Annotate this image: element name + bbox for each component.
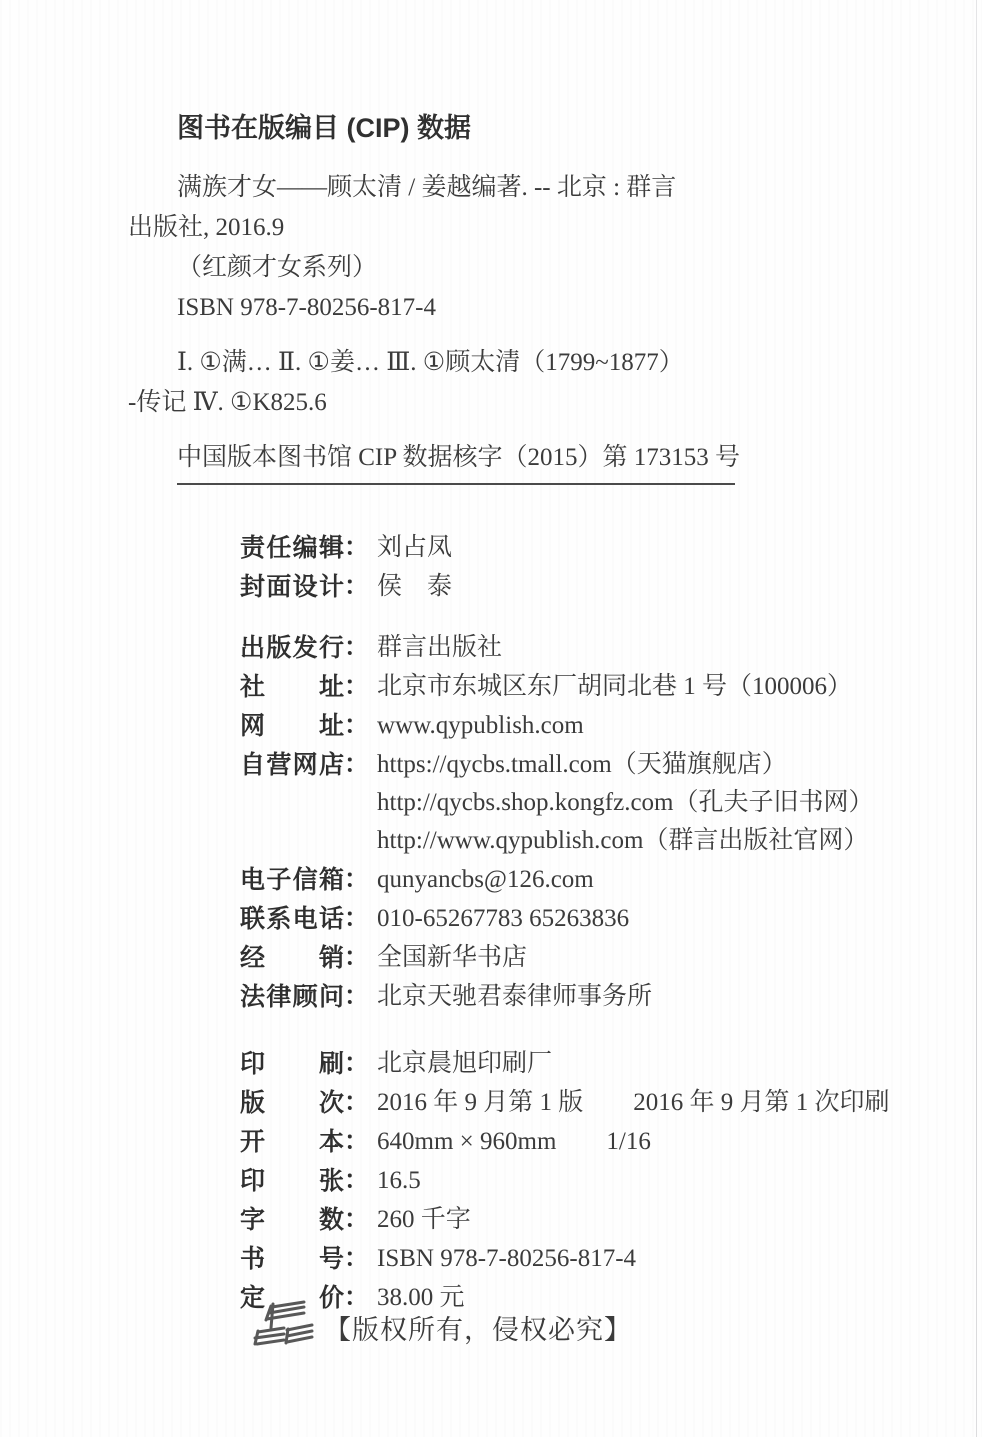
info-label: 出版发行	[240, 629, 344, 667]
info-row-printer: 印刷：北京晨旭印刷厂	[240, 1044, 950, 1083]
book-copyright-page: 图书在版编目 (CIP) 数据 满族才女——顾太清 / 姜越编著. -- 北京 …	[0, 0, 982, 1437]
website-url: www.qypublish.com	[377, 712, 584, 739]
editorial-group: 责任编辑：刘占凤 封面设计：侯 泰	[240, 528, 950, 606]
label-colon: ：	[344, 533, 369, 561]
phone-numbers: 010-65267783 65263836	[377, 905, 629, 932]
info-label: 字数	[240, 1201, 344, 1239]
info-row-online-store-cont: http://qycbs.shop.kongfz.com（孔夫子旧书网）	[240, 784, 950, 822]
info-label: 电子信箱	[240, 861, 344, 899]
printing-group: 印刷：北京晨旭印刷厂 版次：2016 年 9 月第 1 版 2016 年 9 月…	[240, 1044, 950, 1317]
info-value: 北京市东城区东厂胡同北巷 1 号（100006）	[377, 673, 852, 700]
label-colon: ：	[344, 711, 369, 739]
store-url: http://www.qypublish.com（群言出版社官网）	[377, 827, 868, 854]
info-row-website: 网址：www.qypublish.com	[240, 706, 950, 745]
info-value: 全国新华书店	[377, 944, 527, 971]
info-label: 印张	[240, 1162, 344, 1200]
copyright-footer: 【版权所有，侵权必究】	[250, 1298, 632, 1356]
cip-heading: 图书在版编目 (CIP) 数据	[177, 108, 828, 148]
label-colon: ：	[344, 982, 369, 1010]
info-value: 群言出版社	[377, 634, 502, 661]
info-row-isbn: 书号：ISBN 978-7-80256-817-4	[240, 1239, 950, 1278]
page-edge-line	[976, 0, 977, 1437]
email-address: qunyancbs@126.com	[377, 866, 594, 893]
label-colon: ：	[344, 750, 369, 778]
info-label: 法律顾问	[240, 978, 344, 1016]
info-row-edition: 版次：2016 年 9 月第 1 版 2016 年 9 月第 1 次印刷	[240, 1083, 950, 1122]
label-colon: ：	[344, 633, 369, 661]
cip-divider	[177, 483, 735, 485]
info-value: 16.5	[377, 1167, 421, 1194]
info-row-publisher: 出版发行：群言出版社	[240, 628, 950, 667]
info-row-phone: 联系电话：010-65267783 65263836	[240, 899, 950, 938]
info-label: 经销	[240, 939, 344, 977]
info-label: 网址	[240, 707, 344, 745]
info-row-email: 电子信箱：qunyancbs@126.com	[240, 860, 950, 899]
store-url: http://qycbs.shop.kongfz.com（孔夫子旧书网）	[377, 789, 874, 816]
label-colon: ：	[344, 1166, 369, 1194]
stacked-books-logo-icon	[250, 1298, 314, 1356]
publishing-group: 出版发行：群言出版社 社址：北京市东城区东厂胡同北巷 1 号（100006） 网…	[240, 628, 950, 1016]
cip-series-line: （红颜才女系列）	[177, 248, 828, 288]
info-label: 联系电话	[240, 900, 344, 938]
info-label: 自营网店	[240, 746, 344, 784]
info-value: 北京天驰君泰律师事务所	[377, 983, 652, 1010]
cip-block: 图书在版编目 (CIP) 数据 满族才女——顾太清 / 姜越编著. -- 北京 …	[128, 108, 828, 485]
info-row-address: 社址：北京市东城区东厂胡同北巷 1 号（100006）	[240, 667, 950, 706]
cip-classification-line: -传记 Ⅳ. ①K825.6	[128, 383, 828, 423]
cip-isbn-line: ISBN 978-7-80256-817-4	[177, 288, 828, 328]
info-label: 责任编辑	[240, 529, 344, 567]
cip-record-number: 中国版本图书馆 CIP 数据核字（2015）第 173153 号	[177, 438, 828, 478]
store-url: https://qycbs.tmall.com（天猫旗舰店）	[377, 751, 787, 778]
isbn-number: ISBN 978-7-80256-817-4	[377, 1245, 636, 1272]
label-colon: ：	[344, 1244, 369, 1272]
label-colon: ：	[344, 1049, 369, 1077]
info-value: 2016 年 9 月第 1 版 2016 年 9 月第 1 次印刷	[377, 1089, 890, 1116]
info-row-cover-design: 封面设计：侯 泰	[240, 567, 950, 606]
label-colon: ：	[344, 1088, 369, 1116]
info-value: 260 千字	[377, 1206, 471, 1233]
publication-info: 责任编辑：刘占凤 封面设计：侯 泰 出版发行：群言出版社 社址：北京市东城区东厂…	[240, 528, 950, 1317]
info-label: 书号	[240, 1240, 344, 1278]
info-value: 640mm × 960mm 1/16	[377, 1128, 651, 1155]
info-row-responsible-editor: 责任编辑：刘占凤	[240, 528, 950, 567]
cip-entry-line: 出版社, 2016.9	[128, 208, 828, 248]
info-row-legal-counsel: 法律顾问：北京天驰君泰律师事务所	[240, 977, 950, 1016]
info-row-sheets: 印张：16.5	[240, 1161, 950, 1200]
label-colon: ：	[344, 1127, 369, 1155]
cip-entry-line: 满族才女——顾太清 / 姜越编著. -- 北京 : 群言	[177, 168, 828, 208]
info-row-distribution: 经销：全国新华书店	[240, 938, 950, 977]
info-value: 侯 泰	[377, 573, 452, 600]
info-row-online-store: 自营网店：https://qycbs.tmall.com（天猫旗舰店）	[240, 745, 950, 784]
info-value: 刘占凤	[377, 534, 452, 561]
info-label: 社址	[240, 668, 344, 706]
label-colon: ：	[344, 943, 369, 971]
info-label: 印刷	[240, 1045, 344, 1083]
info-label: 封面设计	[240, 568, 344, 606]
info-label: 版次	[240, 1084, 344, 1122]
label-colon: ：	[344, 904, 369, 932]
info-row-word-count: 字数：260 千字	[240, 1200, 950, 1239]
cip-classification-line: Ⅰ. ①满… Ⅱ. ①姜… Ⅲ. ①顾太清（1799~1877）	[177, 343, 828, 383]
copyright-notice: 【版权所有，侵权必究】	[324, 1308, 632, 1347]
label-colon: ：	[344, 572, 369, 600]
info-value: 北京晨旭印刷厂	[377, 1050, 552, 1077]
label-colon: ：	[344, 865, 369, 893]
label-colon: ：	[344, 672, 369, 700]
info-row-format: 开本：640mm × 960mm 1/16	[240, 1122, 950, 1161]
info-label: 开本	[240, 1123, 344, 1161]
info-row-online-store-cont: http://www.qypublish.com（群言出版社官网）	[240, 822, 950, 860]
label-colon: ：	[344, 1205, 369, 1233]
